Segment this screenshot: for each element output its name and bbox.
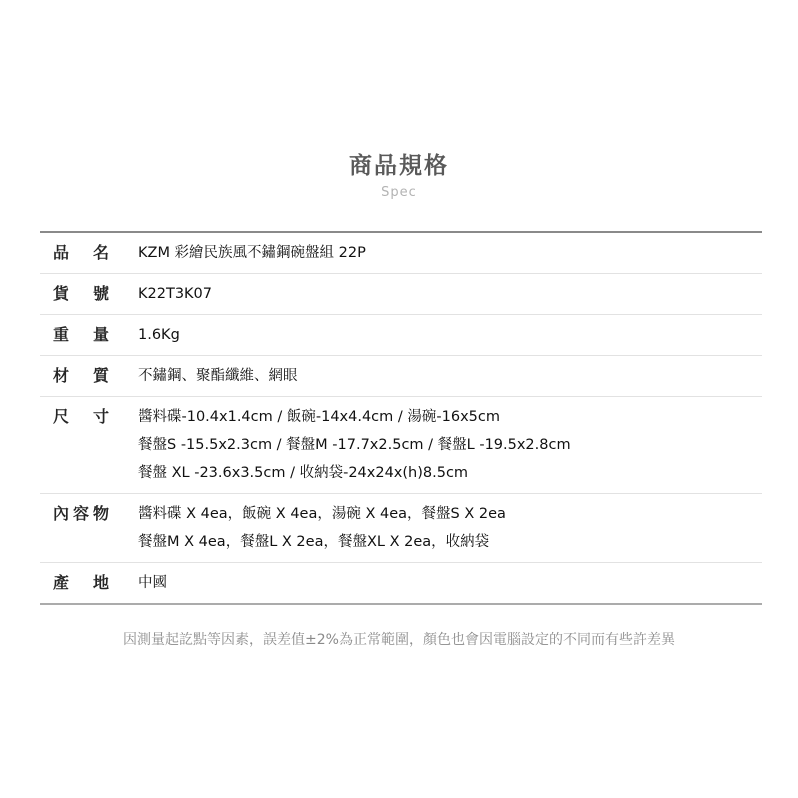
spec-row-value-line: 醬料碟-10.4x1.4cm / 飯碗-14x4.4cm / 湯碗-16x5cm — [138, 403, 762, 431]
spec-row-label-cell: 材質 — [40, 362, 138, 390]
spec-row-label: 產地 — [53, 569, 109, 597]
spec-row-value-line: 醬料碟 X 4ea，飯碗 X 4ea，湯碗 X 4ea，餐盤S X 2ea — [138, 500, 762, 528]
spec-row-value-line: 不鏽鋼、聚酯纖維、網眼 — [138, 362, 762, 390]
spec-row: 內容物醬料碟 X 4ea，飯碗 X 4ea，湯碗 X 4ea，餐盤S X 2ea… — [40, 494, 762, 563]
spec-row-value-line: 1.6Kg — [138, 321, 762, 349]
spec-row-value-cell: K22T3K07 — [138, 280, 762, 308]
spec-row: 材質不鏽鋼、聚酯纖維、網眼 — [40, 356, 762, 397]
spec-row-label: 材質 — [53, 362, 109, 390]
spec-row-value-cell: KZM 彩繪民族風不鏽鋼碗盤組 22P — [138, 239, 762, 267]
spec-row-label: 重量 — [53, 321, 109, 349]
page-title: 商品規格 — [0, 152, 798, 180]
spec-row-label-cell: 重量 — [40, 321, 138, 349]
spec-row-label-cell: 尺寸 — [40, 403, 138, 431]
spec-row-value-cell: 醬料碟 X 4ea，飯碗 X 4ea，湯碗 X 4ea，餐盤S X 2ea餐盤M… — [138, 500, 762, 556]
product-spec-page: 商品規格 Spec 品名KZM 彩繪民族風不鏽鋼碗盤組 22P貨號K22T3K0… — [0, 0, 798, 798]
spec-row-label-cell: 內容物 — [40, 500, 138, 528]
spec-table: 品名KZM 彩繪民族風不鏽鋼碗盤組 22P貨號K22T3K07重量1.6Kg材質… — [40, 231, 762, 605]
spec-row-value-cell: 不鏽鋼、聚酯纖維、網眼 — [138, 362, 762, 390]
page-subtitle: Spec — [0, 184, 798, 202]
spec-row-value-line: KZM 彩繪民族風不鏽鋼碗盤組 22P — [138, 239, 762, 267]
spec-row-value-line: 餐盤S -15.5x2.3cm / 餐盤M -17.7x2.5cm / 餐盤L … — [138, 431, 762, 459]
disclaimer-footnote: 因測量起訖點等因素，誤差值±2%為正常範圍，顏色也會因電腦設定的不同而有些許差異 — [0, 630, 798, 650]
spec-row-label-cell: 貨號 — [40, 280, 138, 308]
spec-row: 產地中國 — [40, 563, 762, 603]
spec-row-label: 貨號 — [53, 280, 109, 308]
spec-row: 重量1.6Kg — [40, 315, 762, 356]
spec-row-value-cell: 中國 — [138, 569, 762, 597]
spec-row-value-cell: 醬料碟-10.4x1.4cm / 飯碗-14x4.4cm / 湯碗-16x5cm… — [138, 403, 762, 487]
spec-row-value-line: 中國 — [138, 569, 762, 597]
spec-row-label: 尺寸 — [53, 403, 109, 431]
spec-row-value-cell: 1.6Kg — [138, 321, 762, 349]
spec-row-label-cell: 產地 — [40, 569, 138, 597]
spec-row-value-line: K22T3K07 — [138, 280, 762, 308]
spec-row-label: 內容物 — [53, 500, 109, 528]
spec-row: 貨號K22T3K07 — [40, 274, 762, 315]
spec-header: 商品規格 Spec — [0, 0, 798, 202]
spec-row: 品名KZM 彩繪民族風不鏽鋼碗盤組 22P — [40, 233, 762, 274]
spec-row-value-line: 餐盤M X 4ea，餐盤L X 2ea，餐盤XL X 2ea，收納袋 — [138, 528, 762, 556]
spec-row: 尺寸醬料碟-10.4x1.4cm / 飯碗-14x4.4cm / 湯碗-16x5… — [40, 397, 762, 494]
spec-row-label-cell: 品名 — [40, 239, 138, 267]
spec-row-value-line: 餐盤 XL -23.6x3.5cm / 收納袋-24x24x(h)8.5cm — [138, 459, 762, 487]
spec-row-label: 品名 — [53, 239, 109, 267]
